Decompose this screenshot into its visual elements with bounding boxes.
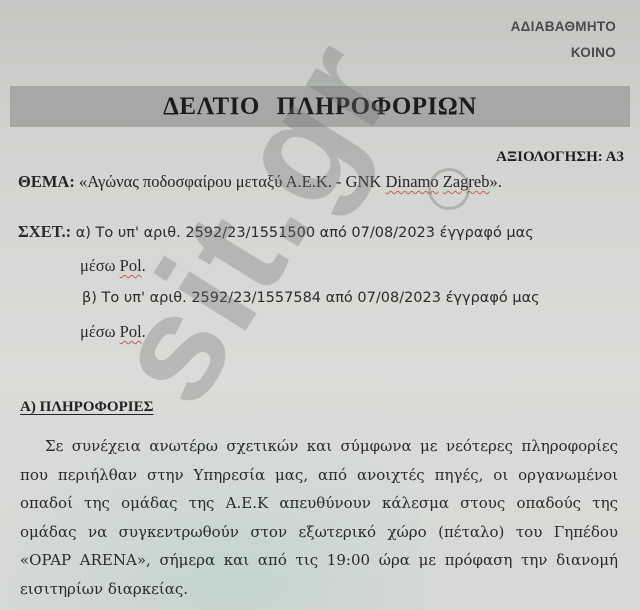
- subject-word-zagreb: Zagreb: [443, 172, 490, 191]
- watermark-text: sit.gr: [77, 9, 431, 432]
- classification-line-1: ΑΔΙΑΒΑΘΜΗΤΟ: [511, 14, 616, 40]
- paragraph-line: Σε συνέχεια ανωτέρω σχετικών και σύμφωνα…: [20, 432, 618, 461]
- reference-a-continuation: μέσω Pol.: [80, 256, 146, 276]
- reference-a-text: α) Το υπ' αριθ. 2592/23/1551500 από 07/0…: [71, 225, 534, 241]
- paragraph-line: εισιτηρίων διαρκείας.: [20, 575, 618, 604]
- reference-b-cont-text: μέσω: [80, 322, 120, 341]
- paragraph-line: ομάδας να συγκεντρωθούν στον εξωτερικό χ…: [20, 518, 618, 547]
- subject-end: ».: [490, 172, 502, 191]
- subject-line: ΘΕΜΑ: «Αγώνας ποδοσφαίρου μεταξύ Α.Ε.Κ. …: [18, 172, 502, 192]
- section-heading-information: Α) ΠΛΗΡΟΦΟΡΙΕΣ: [20, 399, 153, 416]
- reference-a-pol: Pol: [120, 256, 142, 275]
- reference-b-text: β) Το υπ' αριθ. 2592/23/1557584 από 07/0…: [82, 290, 540, 306]
- document-title: ΔΕΛΤΙΟ ΠΛΗΡΟΦΟΡΙΩΝ: [163, 93, 477, 121]
- paragraph-line: που περιήλθαν στην Υπηρεσία μας, από ανο…: [20, 461, 618, 490]
- subject-text: «Αγώνας ποδοσφαίρου μεταξύ Α.Ε.Κ. - GNK: [75, 172, 386, 191]
- reference-b: β) Το υπ' αριθ. 2592/23/1557584 από 07/0…: [82, 290, 540, 306]
- classification-line-2: ΚΟΙΝΟ: [511, 40, 616, 66]
- reference-a: ΣΧΕΤ.: α) Το υπ' αριθ. 2592/23/1551500 α…: [18, 222, 534, 242]
- title-bar: ΔΕΛΤΙΟ ΠΛΗΡΟΦΟΡΙΩΝ: [10, 86, 630, 127]
- document-page: ΑΔΙΑΒΑΘΜΗΤΟ ΚΟΙΝΟ ΔΕΛΤΙΟ ΠΛΗΡΟΦΟΡΙΩΝ ΑΞΙ…: [0, 0, 640, 610]
- paragraph-line: οπαδοί της ομάδας της Α.Ε.Κ απευθύνουν κ…: [20, 489, 618, 518]
- reference-label: ΣΧΕΤ.:: [18, 222, 71, 241]
- information-paragraph: Σε συνέχεια ανωτέρω σχετικών και σύμφωνα…: [20, 432, 618, 603]
- paragraph-line: «OPAP ARENA», σήμερα και από τις 19:00 ώ…: [20, 546, 618, 575]
- subject-label: ΘΕΜΑ:: [18, 172, 75, 191]
- reference-b-cont-end: .: [142, 322, 146, 341]
- reference-b-continuation: μέσω Pol.: [80, 322, 146, 342]
- rating-label: ΑΞΙΟΛΟΓΗΣΗ: Α3: [496, 149, 624, 166]
- reference-a-cont-end: .: [142, 256, 146, 275]
- classification-label: ΑΔΙΑΒΑΘΜΗΤΟ ΚΟΙΝΟ: [511, 14, 616, 66]
- reference-b-pol: Pol: [120, 322, 142, 341]
- reference-a-cont-text: μέσω: [80, 256, 120, 275]
- subject-word-dinamo: Dinamo: [385, 172, 438, 191]
